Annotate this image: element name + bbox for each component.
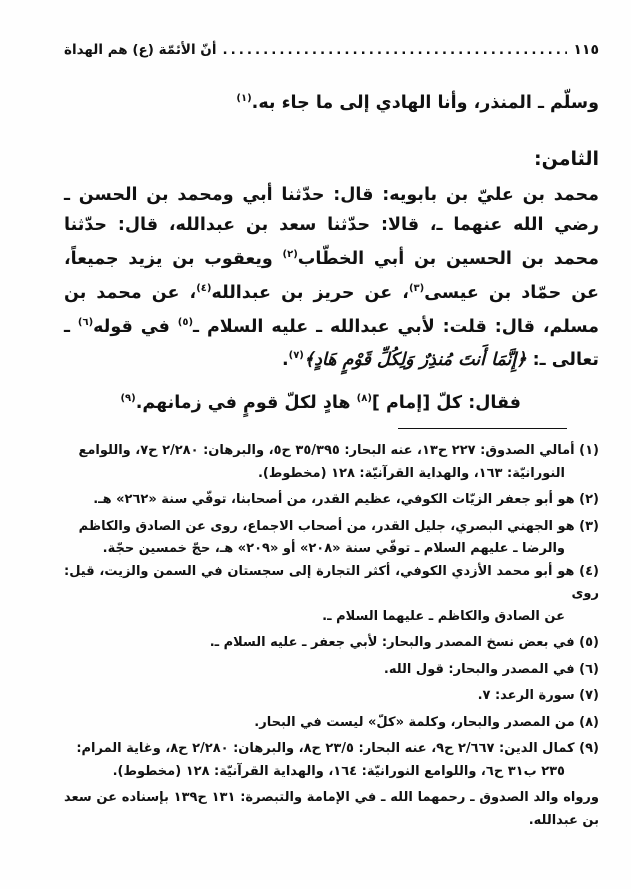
hadith-paragraph: محمد بن عليّ بن بابويه: قال: حدّثنا أبي … <box>64 180 599 375</box>
running-title: أنّ الأئمّة (ع) هم الهداة <box>64 42 216 58</box>
footnote-number: (٢) <box>579 492 599 507</box>
footnote-number: (٧) <box>579 688 599 703</box>
body-line-continuation: وسلّم ـ المنذر، وأنا الهادي إلى ما جاء ب… <box>64 84 599 118</box>
answer-text: فقال: كلّ [إمام ] <box>372 393 521 413</box>
footnote-text-cont: والرضا ـ عليهم السلام ـ توفّي سنة «٢٠٨» … <box>64 538 599 561</box>
footnote-divider <box>398 428 567 429</box>
footnote-ref-2[interactable]: (٢) <box>283 249 298 260</box>
leader-dots: ........................................… <box>222 42 567 58</box>
footnote-ref-9[interactable]: (٩) <box>120 393 135 404</box>
footnote-number: (٤) <box>579 564 599 579</box>
footnote-ref-1[interactable]: (١) <box>236 93 251 104</box>
footnote-text: هو الجهني البصري، جليل القدر، من أصحاب ا… <box>79 519 575 534</box>
footnote-text-cont: عن الصادق والكاظم ـ عليهما السلام ـ. <box>64 606 599 629</box>
footnote-3: (٣) هو الجهني البصري، جليل القدر، من أصح… <box>64 516 599 561</box>
footnote-9: (٩) كمال الدين: ٢/٦٦٧ ح٩، عنه البحار: ٢٣… <box>64 738 599 783</box>
footnote-text: كمال الدين: ٢/٦٦٧ ح٩، عنه البحار: ٢٣/٥ ح… <box>76 741 574 756</box>
footnote-5: (٥) في بعض نسخ المصدر والبحار: لأبي جعفر… <box>64 632 599 655</box>
footnote-number: (٨) <box>579 715 599 730</box>
footnote-text: هو أبو جعفر الزيّات الكوفي، عظيم القدر، … <box>93 492 574 507</box>
footnote-ref-3[interactable]: (٣) <box>409 283 424 294</box>
footnote-text-cont: النورانيّة: ١٦٣، والهداية القرآنيّة: ١٢٨… <box>64 463 599 486</box>
footnote-text: من المصدر والبحار، وكلمة «كلّ» ليست في ا… <box>254 715 574 730</box>
footnote-7: (٧) سورة الرعد: ٧. <box>64 685 599 708</box>
book-page: أنّ الأئمّة (ع) هم الهداة ..............… <box>0 0 631 889</box>
isnad-text: ، عن حريز بن عبدالله <box>211 283 408 303</box>
footnote-2: (٢) هو أبو جعفر الزيّات الكوفي، عظيم الق… <box>64 489 599 512</box>
footnote-number: (٦) <box>579 662 599 677</box>
footnote-text: سورة الرعد: ٧. <box>478 688 575 703</box>
footnote-1: (١) أمالي الصدوق: ٢٢٧ ح١٣، عنه البحار: ٣… <box>64 440 599 485</box>
hadith-answer: فقال: كلّ [إمام ](٨) هادٍ لكلّ قومٍ في ز… <box>64 384 521 418</box>
footnote-number: (٥) <box>579 635 599 650</box>
quran-verse: ﴿إِنَّمَا أَنتَ مُنذِرٌ وَلِكُلِّ قَوْمٍ… <box>304 350 527 370</box>
footnote-text: في بعض نسخ المصدر والبحار: لأبي جعفر ـ ع… <box>210 635 575 650</box>
footnote-text: أمالي الصدوق: ٢٢٧ ح١٣، عنه البحار: ٣٥/٣٩… <box>78 443 574 458</box>
hadith-text: . <box>282 350 289 370</box>
footnote-number: (١) <box>579 443 599 458</box>
footnotes: (١) أمالي الصدوق: ٢٢٧ ح١٣، عنه البحار: ٣… <box>64 440 599 836</box>
footnote-number: (٣) <box>579 519 599 534</box>
section-heading: الثامن: <box>534 148 599 170</box>
footnote-ref-5[interactable]: (٥) <box>178 317 193 328</box>
footnote-number: (٩) <box>579 741 599 756</box>
footnote-text: في المصدر والبحار: قول الله. <box>384 662 575 677</box>
footnote-6: (٦) في المصدر والبحار: قول الله. <box>64 659 599 682</box>
footnote-text: هو أبو محمد الأزدي الكوفي، أكثر التجارة … <box>64 564 599 602</box>
body-text: وسلّم ـ المنذر، وأنا الهادي إلى ما جاء ب… <box>252 93 599 113</box>
footnote-ref-7[interactable]: (٧) <box>289 350 304 361</box>
answer-text: هادٍ لكلّ قومٍ في زمانهم. <box>136 393 357 413</box>
footnote-ref-8[interactable]: (٨) <box>357 393 372 404</box>
footnote-9-extra: ورواه والد الصدوق ـ رحمهما الله ـ في الإ… <box>64 787 599 832</box>
footnote-ref-6[interactable]: (٦) <box>78 317 93 328</box>
hadith-text: في قوله <box>93 316 178 336</box>
footnote-ref-4[interactable]: (٤) <box>196 283 211 294</box>
running-header: أنّ الأئمّة (ع) هم الهداة ..............… <box>64 42 599 64</box>
page-number: ١١٥ <box>573 42 599 58</box>
footnote-4: (٤) هو أبو محمد الأزدي الكوفي، أكثر التج… <box>64 561 599 629</box>
footnote-8: (٨) من المصدر والبحار، وكلمة «كلّ» ليست … <box>64 712 599 735</box>
footnote-text-cont: ٢٣٥ ب٣١ ح٦، واللوامع النورانيّة: ١٦٤، وا… <box>64 761 599 784</box>
